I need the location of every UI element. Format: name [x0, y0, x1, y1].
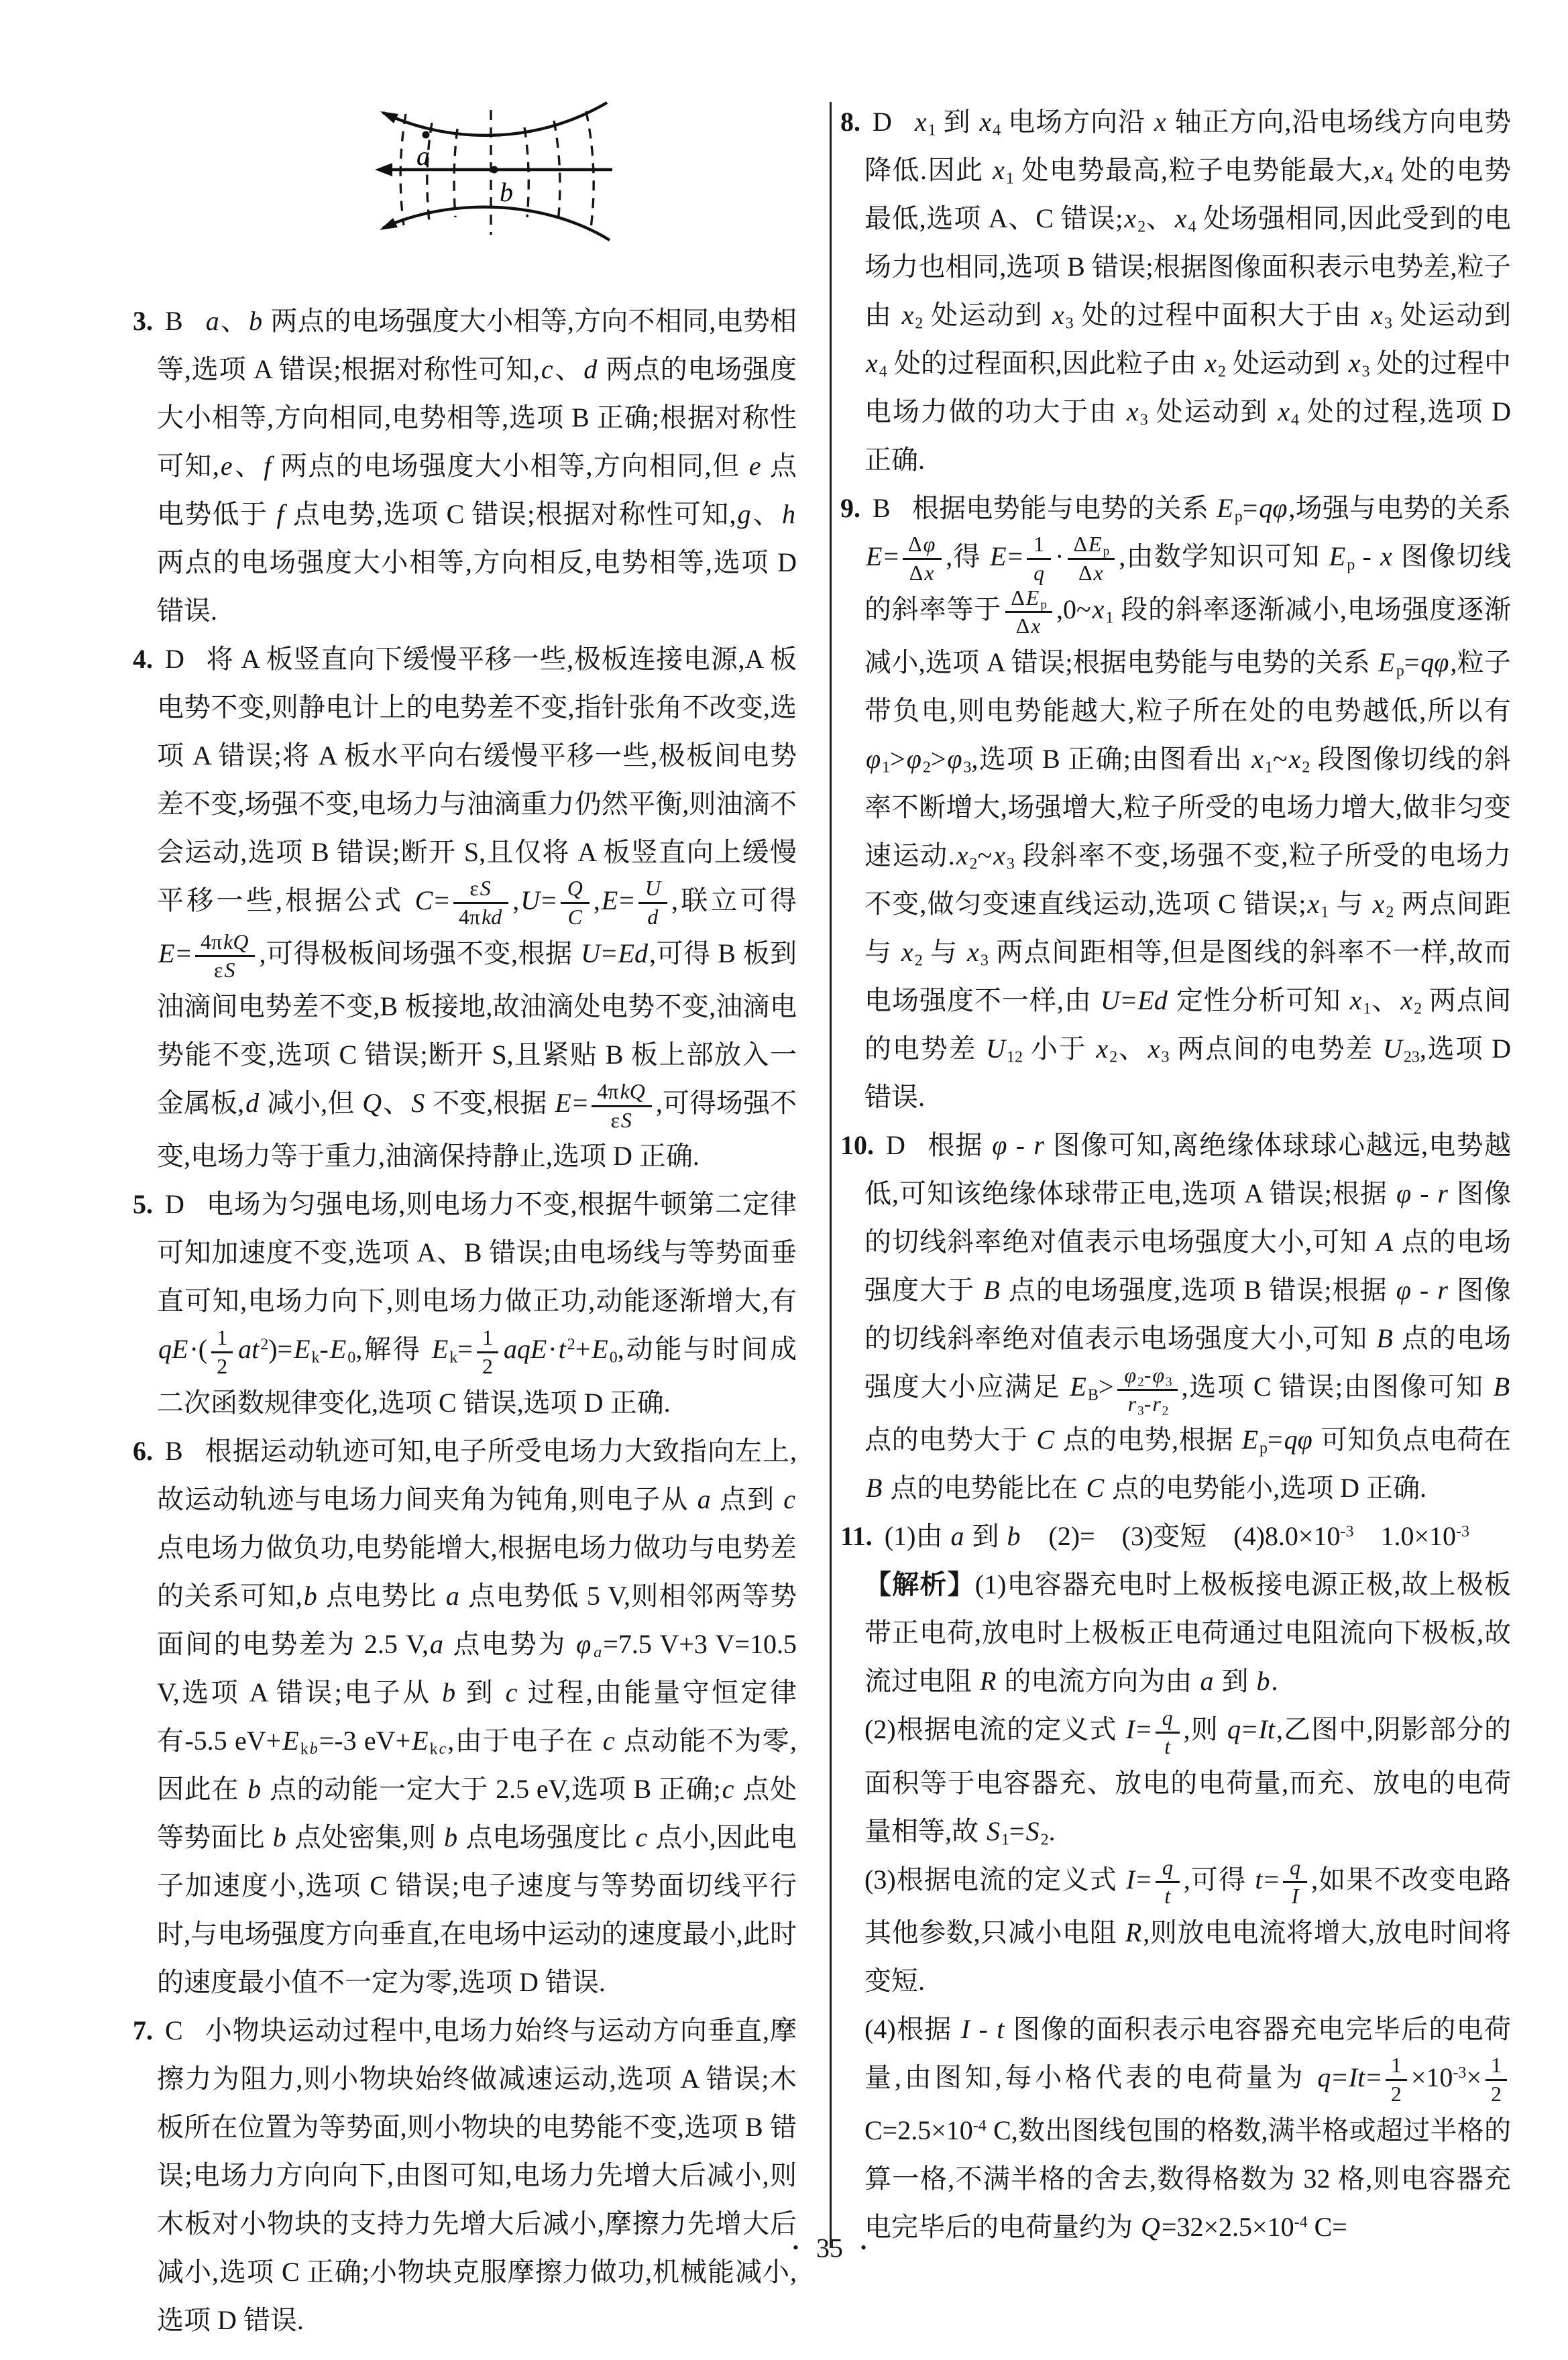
problem-number: 7. — [133, 2015, 165, 2045]
problem-number: 5. — [133, 1189, 165, 1219]
answer-letter: B — [165, 306, 205, 336]
right-problems: 8.Dx1 到 x4 电场方向沿 x 轴正方向,沿电场线方向电势降低.因此 x1… — [840, 98, 1511, 2251]
problem-lead-line: 9.B根据电势能与电势的关系 Ep=qφ,场强与电势的关系 E=ΔφΔx,得 E… — [864, 484, 1511, 1121]
arrowhead — [375, 163, 392, 176]
problem-4: 4.D将 A 板竖直向下缓慢平移一些,极板连接电源,A 板电势不变,则静电计上的… — [133, 635, 797, 1180]
field-line-bottom — [383, 207, 610, 240]
solution-paragraph: (4)根据 I - t 图像的面积表示电容器充电完毕后的电荷量,由图知,每小格代… — [864, 2005, 1511, 2251]
arrowhead — [380, 218, 398, 230]
field-line-top — [383, 103, 607, 135]
problem-body: x1 到 x4 电场方向沿 x 轴正方向,沿电场线方向电势降低.因此 x1 处电… — [864, 107, 1511, 475]
answer-key-page: a b 3.Ba、b 两点的电场强度大小相等,方向不相同,电势相等,选项 A 错… — [0, 0, 1568, 2360]
problem-number: 11. — [840, 1521, 885, 1551]
problem-lead-line: 7.C小物块运动过程中,电场力始终与运动方向垂直,摩擦力为阻力,则小物块始终做减… — [157, 2007, 797, 2345]
problem-body: a、b 两点的电场强度大小相等,方向不相同,电势相等,选项 A 错误;根据对称性… — [157, 306, 797, 626]
solution-paragraph: (3)根据电流的定义式 I=qt,可得 t=qI,如果不改变电路其他参数,只减小… — [864, 1856, 1511, 2005]
problem-lead-line: 3.Ba、b 两点的电场强度大小相等,方向不相同,电势相等,选项 A 错误;根据… — [157, 297, 797, 635]
equipotential-line — [554, 121, 560, 223]
footer-dot: • — [843, 2238, 884, 2257]
answer-letter: D — [165, 644, 206, 674]
solution-paragraph: (2)根据电流的定义式 I=qt,则 q=It,乙图中,阴影部分的面积等于电容器… — [864, 1705, 1511, 1855]
problem-body: 小物块运动过程中,电场力始终与运动方向垂直,摩擦力为阻力,则小物块始终做减速运动… — [157, 2015, 797, 2335]
problem-6: 6.B根据运动轨迹可知,电子所受电场力大致指向左上,故运动轨迹与电场力间夹角为钝… — [133, 1427, 797, 2007]
problem-lead-line: 4.D将 A 板竖直向下缓慢平移一些,极板连接电源,A 板电势不变,则静电计上的… — [157, 635, 797, 1180]
left-problems: 3.Ba、b 两点的电场强度大小相等,方向不相同,电势相等,选项 A 错误;根据… — [133, 297, 797, 2345]
arrowhead — [380, 111, 398, 123]
problem-5: 5.D电场为匀强电场,则电场力不变,根据牛顿第二定律可知加速度不变,选项 A、B… — [133, 1180, 797, 1426]
field-lines-figure: a b — [366, 86, 634, 260]
problem-lead-line: 6.B根据运动轨迹可知,电子所受电场力大致指向左上,故运动轨迹与电场力间夹角为钝… — [157, 1427, 797, 2007]
problem-lead-line: 10.D根据 φ - r 图像可知,离绝缘体球球心越远,电势越低,可知该绝缘体球… — [864, 1121, 1511, 1512]
answer-letter: D — [886, 1130, 927, 1160]
problem-7: 7.C小物块运动过程中,电场力始终与运动方向垂直,摩擦力为阻力,则小物块始终做减… — [133, 2007, 797, 2345]
page-footer: •35• — [775, 2224, 884, 2273]
problem-number: 9. — [840, 493, 873, 523]
problem-3: 3.Ba、b 两点的电场强度大小相等,方向不相同,电势相等,选项 A 错误;根据… — [133, 297, 797, 635]
problem-number: 8. — [840, 107, 873, 137]
answer-letter: B — [873, 493, 912, 523]
point-b-dot — [491, 166, 498, 174]
problem-9: 9.B根据电势能与电势的关系 Ep=qφ,场强与电势的关系 E=ΔφΔx,得 E… — [840, 484, 1511, 1121]
problem-body: (1)由 a 到 b (2)= (3)变短 (4)8.0×10-3 1.0×10… — [885, 1521, 1469, 1551]
problem-number: 4. — [133, 644, 165, 674]
equipotential-line — [524, 127, 528, 217]
problem-lead-line: 11.(1)由 a 到 b (2)= (3)变短 (4)8.0×10-3 1.0… — [864, 1512, 1511, 1561]
problem-lead-line: 5.D电场为匀强电场,则电场力不变,根据牛顿第二定律可知加速度不变,选项 A、B… — [157, 1180, 797, 1426]
answer-letter: B — [165, 1436, 205, 1466]
column-divider — [830, 102, 832, 2248]
point-a-dot — [423, 131, 430, 139]
problem-body: 根据 φ - r 图像可知,离绝缘体球球心越远,电势越低,可知该绝缘体球带正电,… — [864, 1130, 1511, 1503]
footer-dot: • — [775, 2238, 816, 2257]
problem-8: 8.Dx1 到 x4 电场方向沿 x 轴正方向,沿电场线方向电势降低.因此 x1… — [840, 98, 1511, 484]
point-a-label: a — [416, 141, 430, 171]
answer-letter: D — [165, 1189, 206, 1219]
problem-number: 3. — [133, 306, 165, 336]
problem-body: 电场为匀强电场,则电场力不变,根据牛顿第二定律可知加速度不变,选项 A、B 错误… — [157, 1189, 797, 1417]
problem-body: 将 A 板竖直向下缓慢平移一些,极板连接电源,A 板电势不变,则静电计上的电势差… — [157, 644, 797, 1171]
problem-body: 根据运动轨迹可知,电子所受电场力大致指向左上,故运动轨迹与电场力间夹角为钝角,则… — [157, 1436, 797, 1997]
problem-number: 6. — [133, 1436, 165, 1466]
left-column: a b 3.Ba、b 两点的电场强度大小相等,方向不相同,电势相等,选项 A 错… — [133, 0, 797, 2345]
problem-10: 10.D根据 φ - r 图像可知,离绝缘体球球心越远,电势越低,可知该绝缘体球… — [840, 1121, 1511, 1512]
answer-letter: D — [873, 107, 913, 137]
field-diagram: a b — [366, 86, 634, 260]
point-b-label: b — [500, 177, 513, 207]
solution-paragraph: 【解析】(1)电容器充电时上极板接电源正极,故上极板带正电荷,放电时上极板正电荷… — [864, 1561, 1511, 1705]
problem-number: 10. — [840, 1130, 886, 1160]
answer-letter: C — [165, 2015, 205, 2045]
page-number: 35 — [816, 2233, 843, 2263]
equipotential-line — [454, 129, 457, 217]
problem-body: 根据电势能与电势的关系 Ep=qφ,场强与电势的关系 E=ΔφΔx,得 E=1q… — [864, 493, 1511, 1112]
right-column: 8.Dx1 到 x4 电场方向沿 x 轴正方向,沿电场线方向电势降低.因此 x1… — [840, 98, 1511, 2251]
problem-11: 11.(1)由 a 到 b (2)= (3)变短 (4)8.0×10-3 1.0… — [840, 1512, 1511, 2251]
problem-lead-line: 8.Dx1 到 x4 电场方向沿 x 轴正方向,沿电场线方向电势降低.因此 x1… — [864, 98, 1511, 484]
